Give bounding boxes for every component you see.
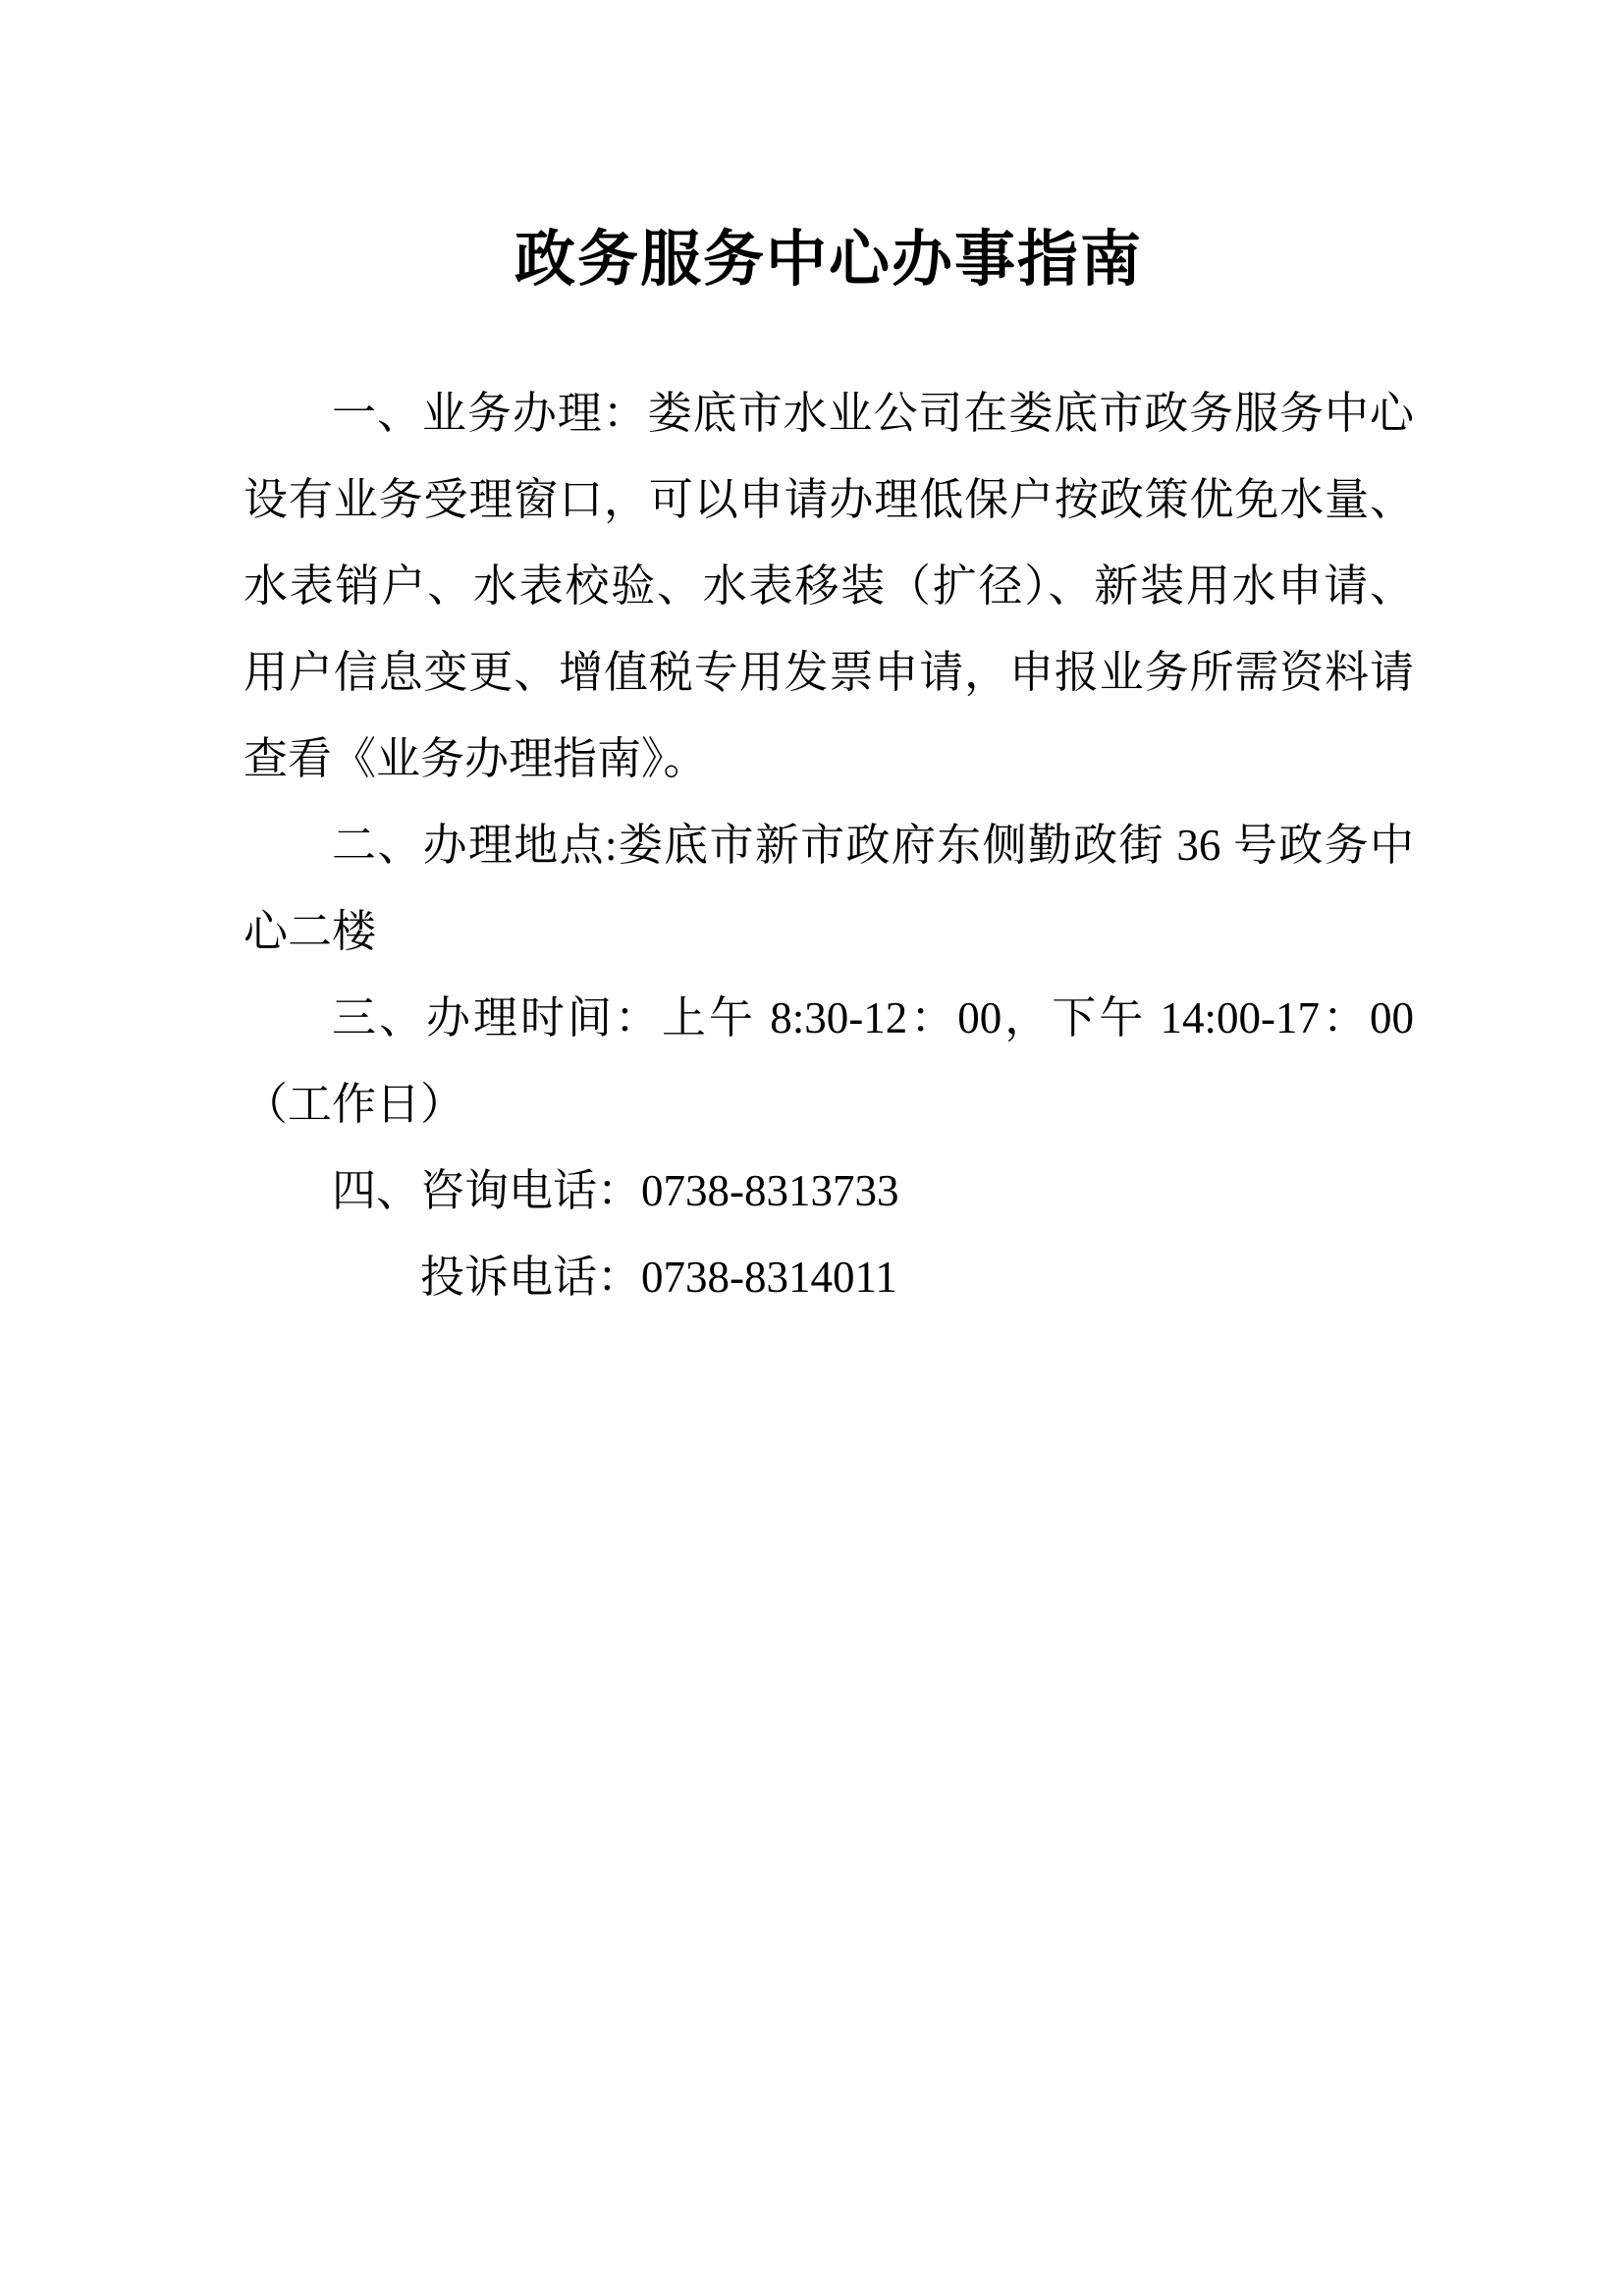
document-title: 政务服务中心办事指南: [244, 216, 1414, 304]
paragraph-complaint-phone: 投诉电话：0738-8314011: [244, 1234, 1414, 1320]
document-body: 一、业务办理：娄底市水业公司在娄底市政务服务中心设有业务受理窗口，可以申请办理低…: [244, 370, 1414, 1320]
paragraph-location: 二、办理地点:娄底市新市政府东侧勤政街 36 号政务中心二楼: [244, 802, 1414, 975]
paragraph-hours: 三、办理时间：上午 8:30-12：00，下午 14:00-17：00（工作日）: [244, 975, 1414, 1148]
paragraph-consult-phone: 四、咨询电话：0738-8313733: [244, 1148, 1414, 1234]
paragraph-business-handling: 一、业务办理：娄底市水业公司在娄底市政务服务中心设有业务受理窗口，可以申请办理低…: [244, 370, 1414, 802]
document-page: 政务服务中心办事指南 一、业务办理：娄底市水业公司在娄底市政务服务中心设有业务受…: [0, 0, 1624, 2296]
